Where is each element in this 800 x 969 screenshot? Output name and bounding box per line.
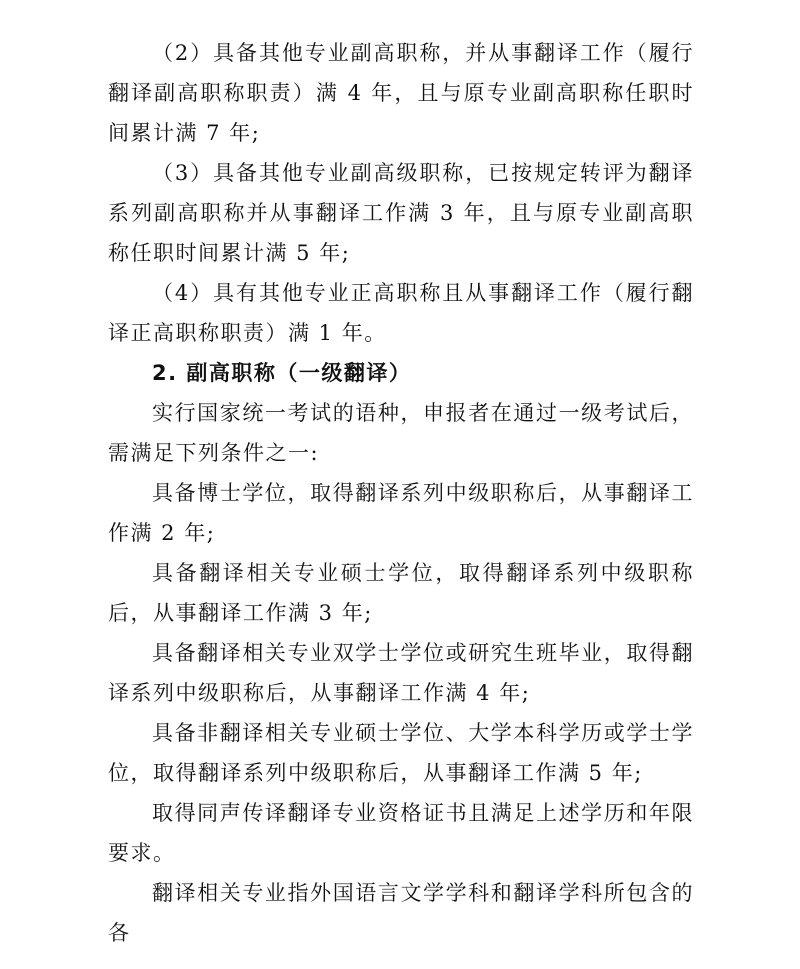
- paragraph-intro: 实行国家统一考试的语种，申报者在通过一级考试后，需满足下列条件之一:: [108, 393, 694, 473]
- document-page: （2）具备其他专业副高职称，并从事翻译工作（履行翻译副高职称职责）满 4 年，且…: [108, 33, 694, 953]
- paragraph-related-majors: 翻译相关专业指外国语言文学学科和翻译学科所包含的各: [108, 873, 694, 953]
- paragraph-condition-non-related: 具备非翻译相关专业硕士学位、大学本科学历或学士学位，取得翻译系列中级职称后，从事…: [108, 713, 694, 793]
- paragraph-condition-doctorate: 具备博士学位，取得翻译系列中级职称后，从事翻译工作满 2 年;: [108, 473, 694, 553]
- section-heading: 2. 副高职称（一级翻译）: [108, 353, 694, 393]
- paragraph-condition-master: 具备翻译相关专业硕士学位，取得翻译系列中级职称后，从事翻译工作满 3 年;: [108, 553, 694, 633]
- paragraph-condition-interpreting: 取得同声传译翻译专业资格证书且满足上述学历和年限要求。: [108, 793, 694, 873]
- paragraph-item-3: （3）具备其他专业副高级职称，已按规定转评为翻译系列副高职称并从事翻译工作满 3…: [108, 153, 694, 273]
- paragraph-item-2: （2）具备其他专业副高职称，并从事翻译工作（履行翻译副高职称职责）满 4 年，且…: [108, 33, 694, 153]
- paragraph-condition-double-bachelor: 具备翻译相关专业双学士学位或研究生班毕业，取得翻译系列中级职称后，从事翻译工作满…: [108, 633, 694, 713]
- paragraph-item-4: （4）具有其他专业正高职称且从事翻译工作（履行翻译正高职称职责）满 1 年。: [108, 273, 694, 353]
